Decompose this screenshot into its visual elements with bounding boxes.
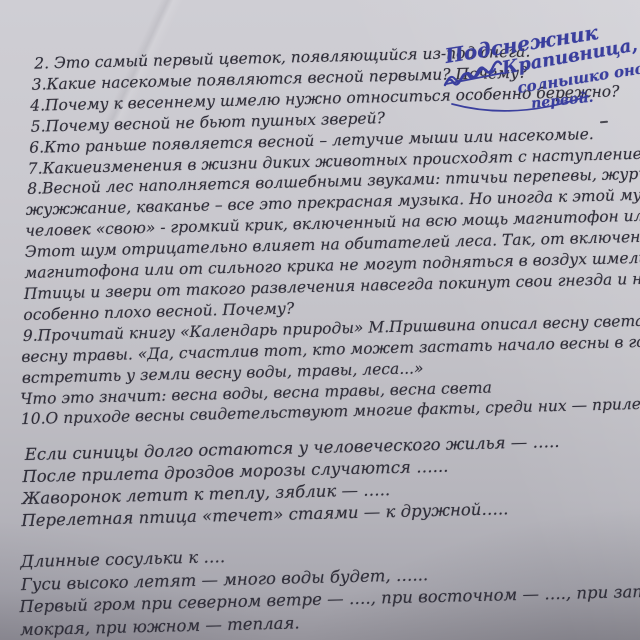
weather-omens-section: Длинные сосульки к …. Гуси высоко летят … (12, 535, 640, 640)
worksheet-photo: 2. Это самый первый цветок, появляющийся… (0, 0, 640, 640)
bird-omens-section: Если синицы долго остаются у человеческо… (10, 428, 640, 533)
worksheet-text: 2. Это самый первый цветок, появляющийся… (0, 38, 640, 640)
